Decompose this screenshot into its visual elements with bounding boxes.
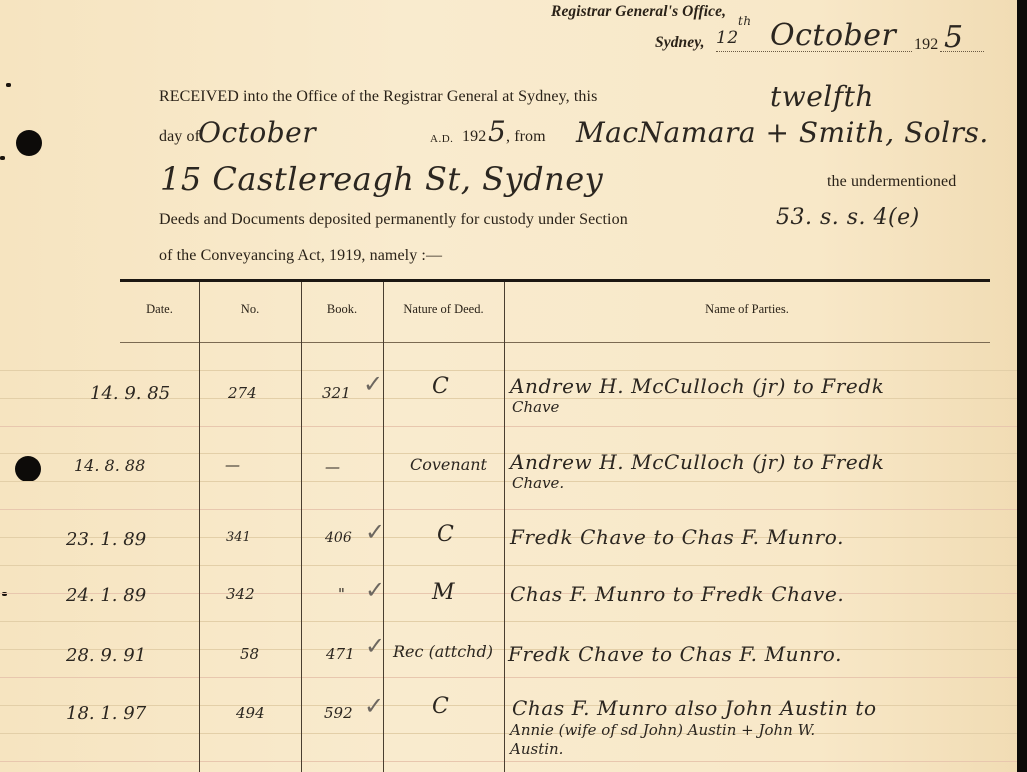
- binder-hole-bottom: [15, 456, 41, 482]
- row-date: 14. 8. 88: [74, 456, 145, 475]
- column-header-book: Book.: [301, 302, 383, 317]
- receipt-depositor: MacNamara + Smith, Solrs.: [576, 116, 989, 149]
- ruled-line: [0, 481, 1018, 482]
- ruled-line: [0, 761, 1018, 762]
- row-nature: C: [432, 694, 449, 719]
- row-parties-line-1: Chas F. Munro to Fredk Chave.: [510, 582, 844, 606]
- date-day: 12: [716, 28, 739, 48]
- row-nature: C: [437, 522, 454, 547]
- ink-speck: [6, 83, 11, 87]
- row-parties-line-2: Chave: [512, 398, 559, 416]
- column-divider: [301, 282, 302, 772]
- column-header-date: Date.: [120, 302, 199, 317]
- row-date: 24. 1. 89: [66, 585, 146, 606]
- row-no: 342: [226, 585, 255, 603]
- row-nature: Covenant: [410, 455, 487, 474]
- receipt-day-of: day of: [159, 128, 200, 146]
- row-parties-line-1: Andrew H. McCulloch (jr) to Fredk: [510, 374, 884, 398]
- ruled-line: [0, 733, 1018, 734]
- column-header-nature: Nature of Deed.: [383, 302, 504, 317]
- receipt-line-1: RECEIVED into the Office of the Registra…: [159, 88, 597, 106]
- row-parties-line-1: Andrew H. McCulloch (jr) to Fredk: [510, 450, 884, 474]
- receipt-deeds-line: Deeds and Documents deposited permanentl…: [159, 211, 628, 229]
- row-parties-line-1: Fredk Chave to Chas F. Munro.: [510, 525, 844, 549]
- check-mark-icon: ✓: [365, 576, 385, 604]
- date-year-digit: 5: [944, 20, 964, 55]
- receipt-from: , from: [506, 128, 546, 146]
- ruled-line: [0, 426, 1018, 427]
- row-no: 494: [236, 704, 265, 722]
- row-no: 274: [228, 384, 257, 402]
- receipt-undermentioned: the undermentioned: [827, 173, 956, 191]
- receipt-year-digit: 5: [488, 115, 506, 148]
- receipt-day-word: twelfth: [770, 80, 874, 113]
- ink-speck: [0, 156, 5, 160]
- receipt-month: October: [198, 116, 316, 149]
- city-label: Sydney,: [655, 34, 705, 52]
- ruled-line: [0, 565, 1018, 566]
- ruled-line: [0, 677, 1018, 678]
- row-no: —: [225, 456, 240, 474]
- row-date: 28. 9. 91: [66, 645, 146, 666]
- receipt-ad: A.D.: [430, 133, 453, 145]
- column-divider: [504, 282, 505, 772]
- column-divider: [199, 282, 200, 772]
- row-book: 592: [324, 704, 353, 722]
- ruled-line: [0, 509, 1018, 510]
- table-top-rule: [120, 279, 990, 282]
- column-header-parties: Name of Parties.: [504, 302, 990, 317]
- office-heading: Registrar General's Office,: [551, 3, 726, 21]
- table-header-rule: [120, 342, 990, 343]
- row-parties-line-3: Austin.: [510, 740, 563, 758]
- row-book: 321: [322, 384, 351, 402]
- check-mark-icon: ✓: [363, 370, 383, 398]
- receipt-section: 53. s. s. 4(e): [776, 205, 920, 230]
- date-month: October: [770, 18, 896, 53]
- binder-hole-top: [16, 130, 42, 156]
- check-mark-icon: ✓: [365, 632, 385, 660]
- row-book: —: [325, 458, 340, 476]
- row-book: ": [338, 585, 345, 603]
- date-day-suffix: th: [738, 14, 752, 28]
- row-book: 406: [325, 530, 352, 546]
- row-parties-line-2: Annie (wife of sd John) Austin + John W.: [510, 721, 815, 739]
- row-parties-line-1: Chas F. Munro also John Austin to: [512, 696, 877, 720]
- row-nature: Rec (attchd): [393, 642, 493, 661]
- ruled-line: [0, 621, 1018, 622]
- row-date: 23. 1. 89: [66, 529, 146, 550]
- check-mark-icon: ✓: [365, 518, 385, 546]
- receipt-address: 15 Castlereagh St, Sydney: [160, 160, 603, 198]
- ledger-page: Registrar General's Office, Sydney, 12 t…: [0, 0, 1018, 772]
- column-header-no: No.: [199, 302, 301, 317]
- row-parties-line-2: Chave.: [512, 474, 564, 492]
- receipt-act-line: of the Conveyancing Act, 1919, namely :—: [159, 247, 442, 265]
- row-no: 58: [240, 645, 259, 663]
- ruled-line: [0, 593, 1018, 594]
- row-parties-line-1: Fredk Chave to Chas F. Munro.: [508, 642, 842, 666]
- row-date: 14. 9. 85: [90, 383, 170, 404]
- date-year-prefix: 192: [914, 36, 938, 54]
- row-no: 341: [226, 530, 251, 545]
- row-book: 471: [326, 645, 355, 663]
- receipt-year-prefix: 192: [462, 128, 486, 146]
- ruled-line: [0, 537, 1018, 538]
- row-nature: C: [432, 374, 449, 399]
- row-nature: M: [432, 580, 455, 605]
- check-mark-icon: ✓: [364, 692, 384, 720]
- scan-edge: [1017, 0, 1027, 772]
- ruled-line: [0, 370, 1018, 371]
- row-date: 18. 1. 97: [66, 703, 146, 724]
